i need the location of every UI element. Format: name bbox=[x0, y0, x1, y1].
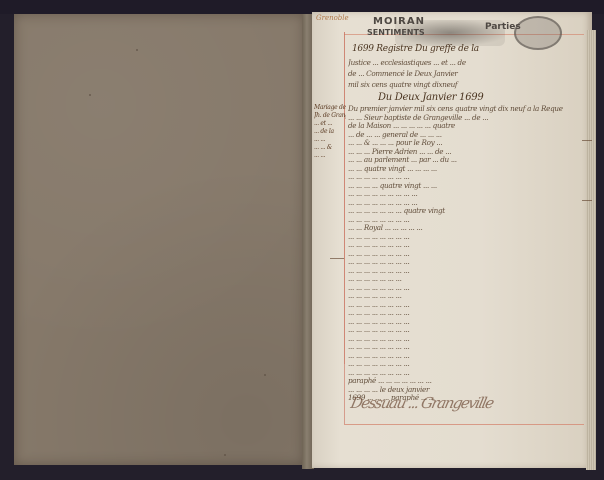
speck bbox=[89, 94, 91, 96]
ruling-bottom bbox=[344, 424, 584, 425]
margin-note: ... de la bbox=[314, 128, 346, 135]
ruling-margin bbox=[344, 32, 345, 364]
margin-note: ... ... bbox=[314, 152, 346, 159]
heading-line: Justice ... ecclesiastiques ... et ... d… bbox=[348, 58, 582, 68]
stamp-text: MOIRAN bbox=[373, 16, 425, 27]
margin-note: ... ... bbox=[314, 136, 346, 143]
margin-note: ... et ... bbox=[314, 120, 346, 127]
corner-note: Grenoble bbox=[316, 14, 349, 22]
date-title: Du Deux Janvier 1699 bbox=[378, 92, 578, 103]
ruling-margin-lower bbox=[344, 364, 345, 424]
page-edges bbox=[586, 30, 596, 470]
margin-note: ... ... & bbox=[314, 144, 346, 151]
line-filler bbox=[582, 140, 592, 141]
speck bbox=[224, 454, 226, 456]
line-filler bbox=[330, 258, 344, 259]
speck bbox=[136, 49, 138, 51]
margin-note: Mariage de bbox=[314, 104, 346, 111]
line-filler bbox=[582, 200, 592, 201]
heading-line: mil six cens quatre vingt dixneuf bbox=[348, 80, 582, 90]
heading-line: de ... Commencé le Deux Janvier bbox=[348, 69, 582, 79]
stamp-text: SENTIMENTS bbox=[367, 28, 425, 37]
signature: Dessuau ... Grangeville bbox=[347, 394, 573, 420]
speck bbox=[264, 374, 266, 376]
margin-note: Jh. de Grangé bbox=[314, 112, 346, 119]
book-cover bbox=[14, 14, 304, 465]
heading-line: 1699 Registre Du greffe de la bbox=[352, 44, 582, 54]
